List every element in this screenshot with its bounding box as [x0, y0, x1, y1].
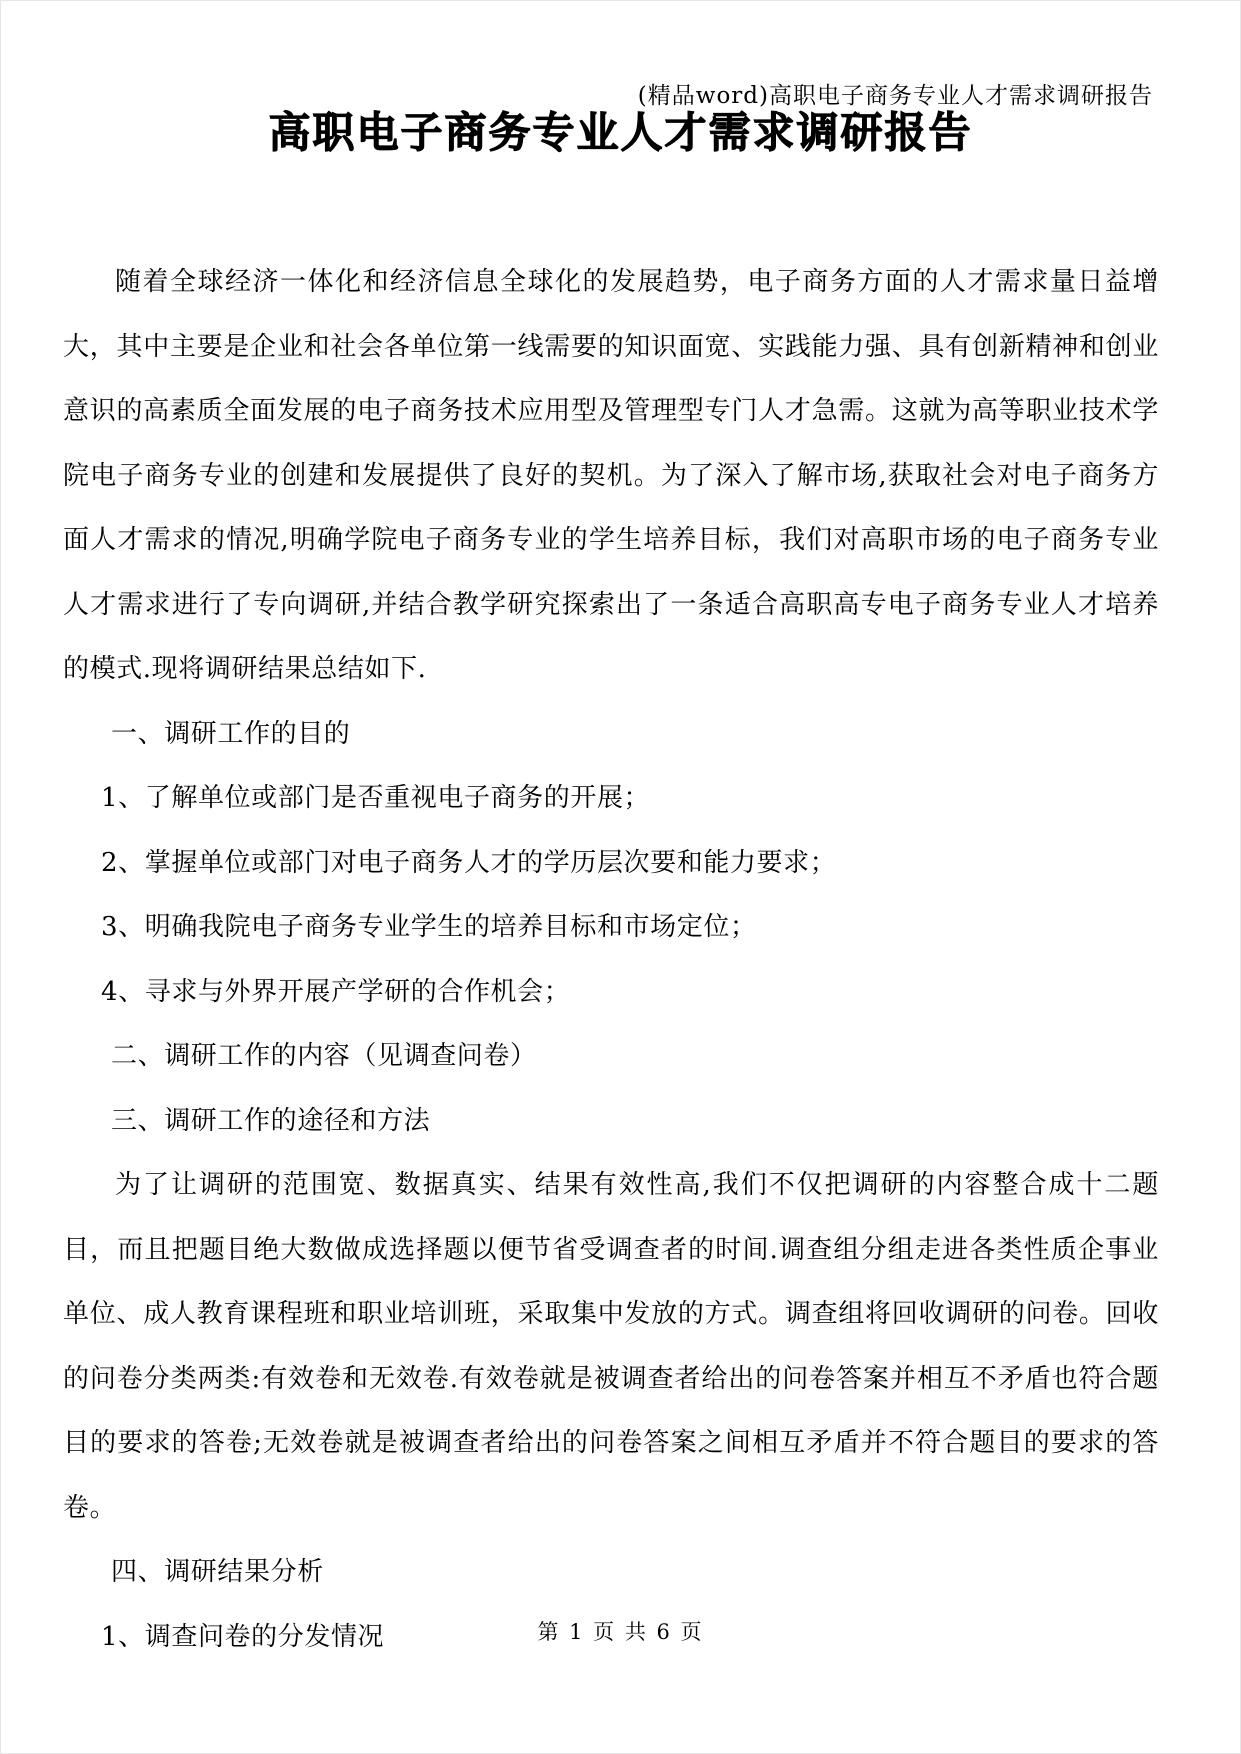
paragraph: 4、寻求与外界开展产学研的合作机会； — [63, 960, 1159, 1025]
paragraph: 四、调研结果分析 — [63, 1540, 1159, 1605]
document-title: 高职电子商务专业人才需求调研报告 — [1, 105, 1240, 161]
paragraph: 1、了解单位或部门是否重视电子商务的开展； — [63, 766, 1159, 831]
paragraph: 随着全球经济一体化和经济信息全球化的发展趋势，电子商务方面的人才需求量日益增大，… — [63, 250, 1159, 702]
paragraph: 为了让调研的范围宽、数据真实、结果有效性高,我们不仅把调研的内容整合成十二题目，… — [63, 1153, 1159, 1540]
paragraph: 一、调研工作的目的 — [63, 702, 1159, 767]
paragraph: 三、调研工作的途径和方法 — [63, 1089, 1159, 1154]
document-page: (精品word)高职电子商务专业人才需求调研报告 高职电子商务专业人才需求调研报… — [0, 0, 1241, 1754]
document-body: 随着全球经济一体化和经济信息全球化的发展趋势，电子商务方面的人才需求量日益增大，… — [63, 250, 1159, 1669]
page-footer: 第 1 页 共 6 页 — [1, 1617, 1240, 1647]
paragraph: 2、掌握单位或部门对电子商务人才的学历层次要和能力要求； — [63, 831, 1159, 896]
paragraph: 3、明确我院电子商务专业学生的培养目标和市场定位； — [63, 895, 1159, 960]
paragraph: 二、调研工作的内容（见调查问卷） — [63, 1024, 1159, 1089]
